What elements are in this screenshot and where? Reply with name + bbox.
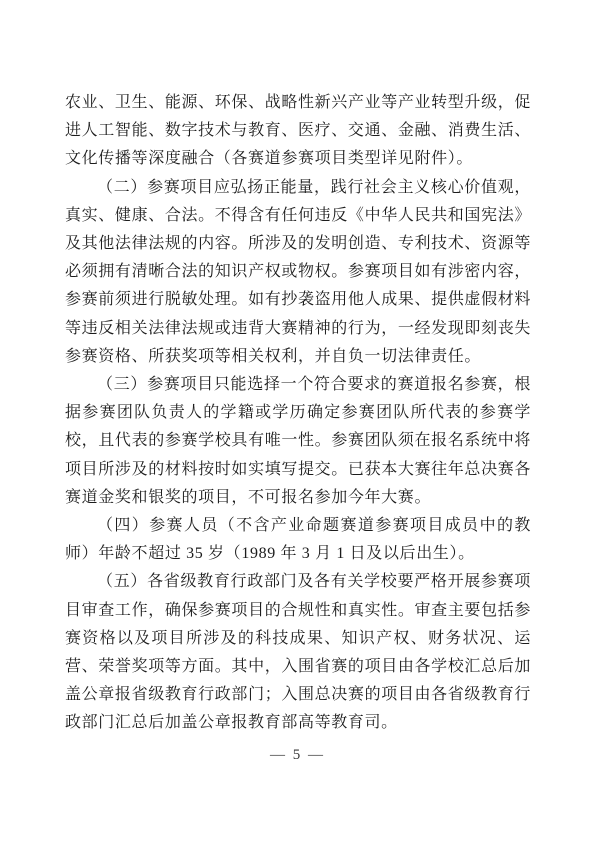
paragraph-item-5: （五）各省级教育行政部门及各有关学校要严格开展参赛项目审查工作，确保参赛项目的合… <box>65 568 531 737</box>
paragraph-item-2: （二）参赛项目应弘扬正能量，践行社会主义核心价值观，真实、健康、合法。不得含有任… <box>65 174 531 371</box>
paragraph-item-3: （三）参赛项目只能选择一个符合要求的赛道报名参赛，根据参赛团队负责人的学籍或学历… <box>65 371 531 512</box>
document-page: 农业、卫生、能源、环保、战略性新兴产业等产业转型升级，促进人工智能、数字技术与教… <box>0 0 595 841</box>
paragraph-item-4: （四）参赛人员（不含产业命题赛道参赛项目成员中的教师）年龄不超过 35 岁（19… <box>65 512 531 568</box>
document-content: 农业、卫生、能源、环保、战略性新兴产业等产业转型升级，促进人工智能、数字技术与教… <box>65 89 531 738</box>
page-number: — 5 — <box>0 745 595 765</box>
paragraph-continuation: 农业、卫生、能源、环保、战略性新兴产业等产业转型升级，促进人工智能、数字技术与教… <box>65 89 531 174</box>
